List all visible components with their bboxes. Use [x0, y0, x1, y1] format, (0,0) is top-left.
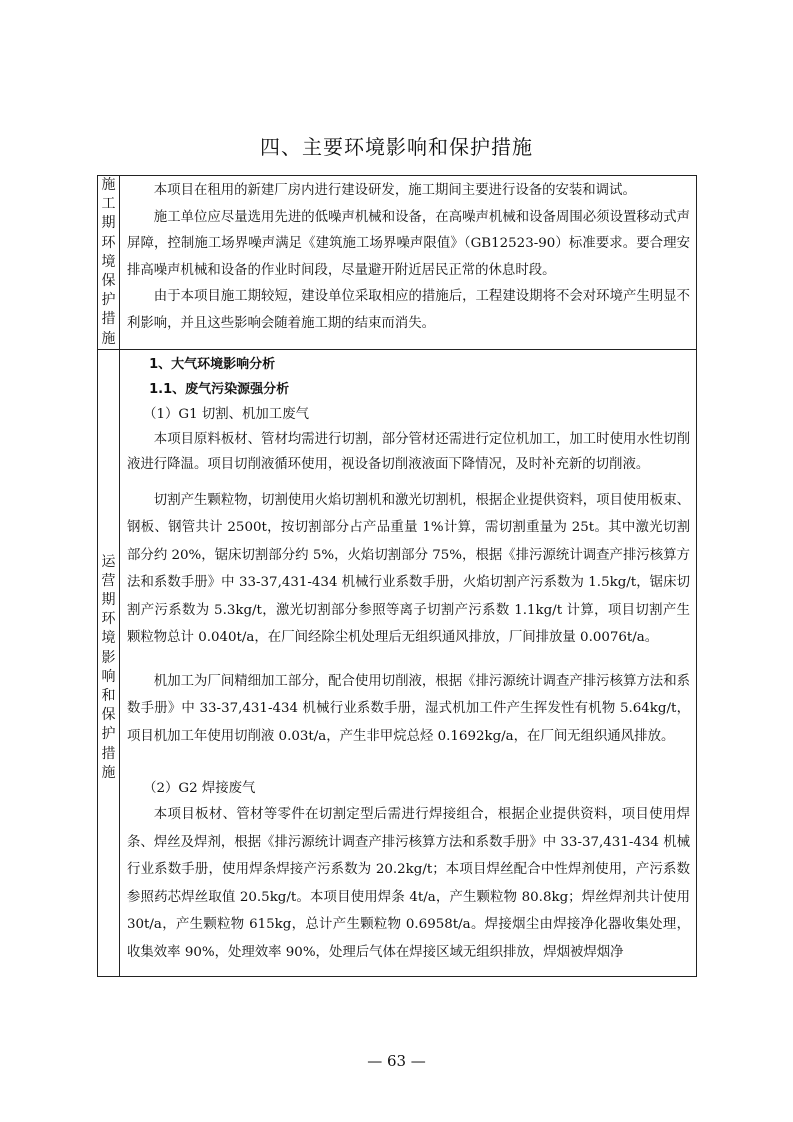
construction-period-label: 施 工 期 环 境 保 护 措 施 — [98, 176, 120, 350]
paragraph: 机加工为厂间精细加工部分，配合使用切削液，根据《排污源统计调查产排污核算方法和系… — [127, 668, 690, 751]
label-char: 措 — [98, 310, 119, 329]
spacer — [127, 477, 690, 487]
paragraph: 切割产生颗粒物，切割使用火焰切割机和激光切割机，根据企业提供资料，项目使用板束、… — [127, 487, 690, 652]
operation-period-label: 运 营 期 环 境 影 响 和 保 护 措 施 — [98, 349, 120, 976]
paragraph: 本项目原料板材、管材均需进行切割，部分管材还需进行定位机加工，加工时使用水性切削… — [127, 427, 690, 477]
spacer — [127, 766, 690, 776]
label-char: 营 — [98, 572, 119, 591]
label-char: 措 — [98, 745, 119, 764]
paragraph: 本项目板材、管材等零件在切割定型后需进行焊接组合，根据企业提供资料，项目使用焊条… — [127, 801, 690, 966]
g1-title: （1）G1 切割、机加工废气 — [127, 402, 690, 427]
label-char: 施 — [98, 330, 119, 349]
label-char: 工 — [98, 195, 119, 214]
page-title: 四、主要环境影响和保护措施 — [0, 131, 793, 160]
label-char: 影 — [98, 649, 119, 668]
label-char: 期 — [98, 214, 119, 233]
label-char: 期 — [98, 591, 119, 610]
paragraph: 由于本项目施工期较短，建设单位采取相应的措施后，工程建设期将不会对环境产生明显不… — [127, 284, 690, 337]
label-char: 境 — [98, 253, 119, 272]
paragraph: 本项目在租用的新建厂房内进行建设研发，施工期间主要进行设备的安装和调试。 — [127, 178, 690, 205]
label-char: 响 — [98, 668, 119, 687]
g2-title: （2）G2 焊接废气 — [127, 776, 690, 801]
label-char: 施 — [98, 176, 119, 195]
label-char: 护 — [98, 725, 119, 744]
spacer — [127, 750, 690, 766]
subsection-heading: 1.1、废气污染源强分析 — [127, 377, 690, 402]
label-char: 保 — [98, 706, 119, 725]
section-heading: 1、大气环境影响分析 — [127, 352, 690, 377]
label-char: 运 — [98, 553, 119, 572]
spacer — [127, 652, 690, 668]
construction-row: 施 工 期 环 境 保 护 措 施 本项目在租用的新建厂房内进行建设研发，施工期… — [98, 176, 697, 350]
label-char: 环 — [98, 234, 119, 253]
operation-content: 1、大气环境影响分析 1.1、废气污染源强分析 （1）G1 切割、机加工废气 本… — [120, 349, 697, 976]
label-char: 保 — [98, 272, 119, 291]
page-number: — 63 — — [0, 1052, 793, 1070]
label-char: 施 — [98, 764, 119, 783]
label-char: 境 — [98, 629, 119, 648]
measures-table: 施 工 期 环 境 保 护 措 施 本项目在租用的新建厂房内进行建设研发，施工期… — [97, 175, 697, 977]
operation-row: 运 营 期 环 境 影 响 和 保 护 措 施 1、大气环境影响分析 1.1、废… — [98, 349, 697, 976]
label-char: 护 — [98, 291, 119, 310]
paragraph: 施工单位应尽量选用先进的低噪声机械和设备，在高噪声机械和设备周围必须设置移动式声… — [127, 205, 690, 285]
construction-content: 本项目在租用的新建厂房内进行建设研发，施工期间主要进行设备的安装和调试。 施工单… — [120, 176, 697, 350]
label-char: 环 — [98, 610, 119, 629]
label-char: 和 — [98, 687, 119, 706]
